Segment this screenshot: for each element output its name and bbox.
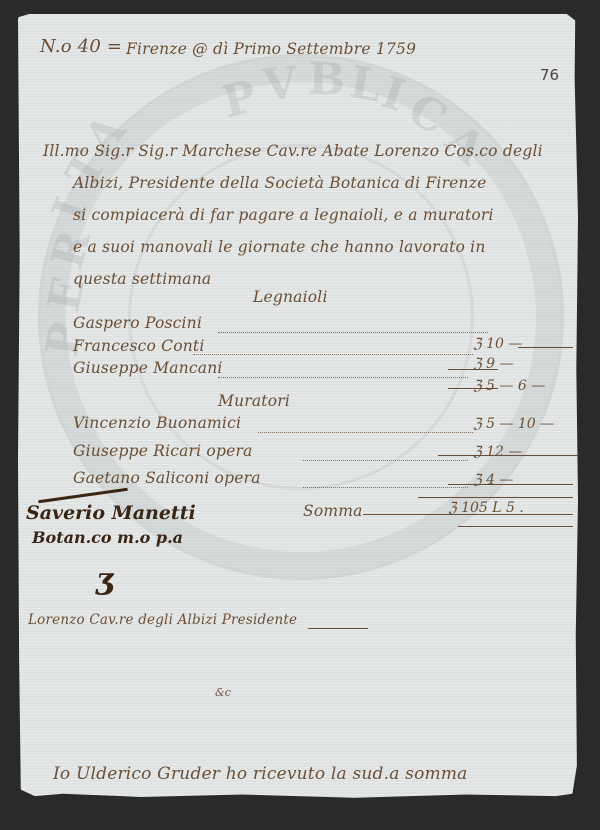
- entry-name: Francesco Conti: [73, 337, 205, 355]
- document-reference: N.o 40 =: [40, 36, 122, 57]
- manuscript-page: P V B L I C A P E R I T A 76 N.o 40 = Fi…: [18, 14, 578, 822]
- total-rule: [458, 526, 573, 527]
- small-mark: &c: [215, 686, 231, 699]
- entry-name: Giuseppe Mancani: [73, 359, 223, 377]
- leader-dots: [218, 332, 488, 333]
- place-date: Firenze @ dì Primo Settembre 1759: [126, 40, 416, 58]
- amount-rule: [438, 455, 578, 456]
- amount-rule: [448, 388, 498, 389]
- leader-dots: [258, 432, 473, 433]
- amount-rule: [518, 347, 573, 348]
- president-line: Lorenzo Cav.re degli Albizi Presidente: [28, 612, 297, 628]
- leader-dots: [218, 377, 468, 378]
- address-line: e a suoi manovali le giornate che hanno …: [73, 238, 486, 256]
- total-rule: [363, 514, 573, 515]
- total-label: Somma: [303, 502, 363, 520]
- address-line: Albizi, Presidente della Società Botanic…: [73, 174, 486, 192]
- signature-name: Saverio Manetti: [26, 502, 196, 524]
- amount-rule: [448, 484, 573, 485]
- amount-rule: [448, 369, 498, 370]
- address-line: questa settimana: [73, 270, 211, 288]
- entry-name: Giuseppe Ricari opera: [73, 442, 253, 460]
- entry-name: Gaetano Saliconi opera: [73, 469, 261, 487]
- section-heading-muratori: Muratori: [218, 392, 290, 410]
- entry-amount: ℨ 10 —: [473, 336, 522, 352]
- folio-number: 76: [540, 66, 559, 84]
- subtotal-amount: ℨ 5 — 6 —: [473, 378, 545, 394]
- address-line: Ill.mo Sig.r Sig.r Marchese Cav.re Abate…: [43, 142, 543, 160]
- signature-mark: ʒ: [96, 562, 113, 597]
- leader-dots: [193, 354, 473, 355]
- total-rule: [418, 497, 573, 498]
- entry-amount: ℨ 4 —: [473, 472, 513, 488]
- entry-amount: ℨ 12 —: [473, 444, 522, 460]
- president-rule: [308, 628, 368, 629]
- signature-title: Botan.co m.o p.a: [32, 528, 183, 547]
- leader-dots: [303, 460, 468, 461]
- section-heading-legnaioli: Legnaioli: [253, 288, 328, 306]
- address-line: si compiacerà di far pagare a legnaioli,…: [73, 206, 494, 224]
- receipt-line: Io Ulderico Gruder ho ricevuto la sud.a …: [53, 764, 467, 784]
- leader-dots: [303, 487, 468, 488]
- seal-letter: B: [307, 53, 346, 105]
- entry-name: Gaspero Poscini: [73, 314, 202, 332]
- entry-amount: ℨ 5 — 10 —: [473, 416, 554, 432]
- seal-letter: V: [260, 57, 299, 111]
- entry-name: Vincenzio Buonamici: [73, 414, 241, 432]
